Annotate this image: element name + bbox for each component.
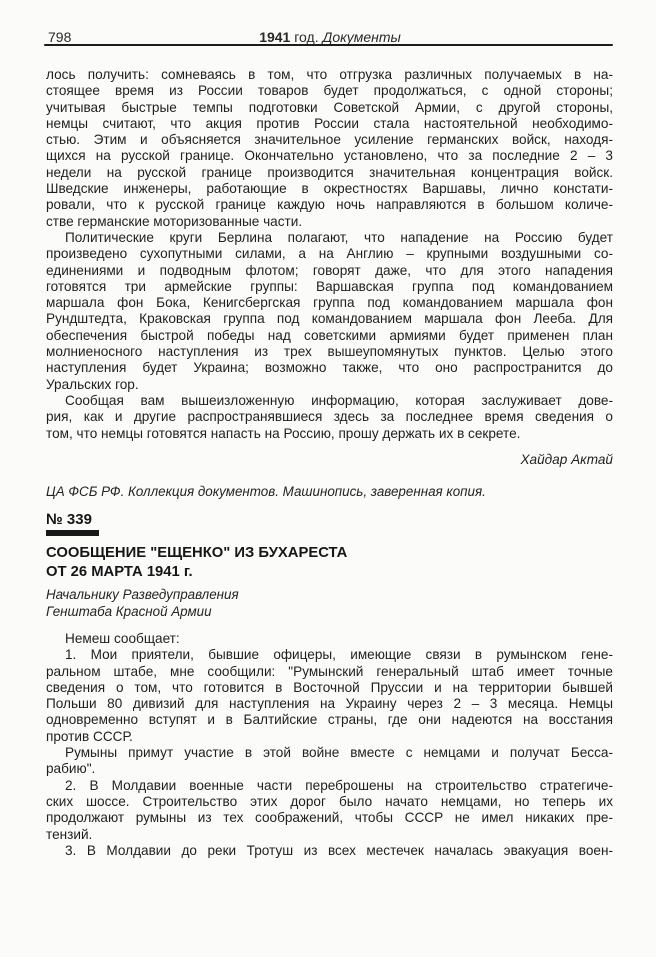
text-line: ральном штабе, мне сообщили: "Румынский … <box>46 664 613 680</box>
text-line: учитывая быстрые темпы подготовки Советс… <box>46 100 613 116</box>
document-title: СООБЩЕНИЕ "ЕЩЕНКО" ИЗ БУХАРЕСТА ОТ 26 МА… <box>46 544 613 581</box>
addressee-line2: Генштаба Красной Армии <box>46 603 613 620</box>
text-line: ровали, что к русской границе каждую ноч… <box>46 197 613 213</box>
text-line: молниеносного наступления из трех вышеуп… <box>46 344 613 360</box>
text-line: стью. Этим и объясняется значительное ус… <box>46 132 613 148</box>
running-head-mid: год. <box>294 29 318 45</box>
text-line: произведено сухопутными силами, а на Анг… <box>46 246 613 262</box>
text-line: 2. В Молдавии военные части переброшены … <box>46 778 613 794</box>
document-number-underline <box>46 530 99 536</box>
document-338-body-text: лось получить: сомневаясь в том, что отг… <box>46 67 613 442</box>
running-head-title: 1941 год. Документы <box>48 29 612 45</box>
text-line: Шведские инженеры, работающие в окрестно… <box>46 181 613 197</box>
addressee-line1: Начальнику Разведуправления <box>46 586 613 603</box>
document-339-body-text: Немеш сообщает:1. Мои приятели, бывшие о… <box>46 631 613 859</box>
header-rule <box>44 44 613 46</box>
document-number: № 339 <box>46 511 92 528</box>
running-head-year: 1941 <box>259 29 290 45</box>
text-line: Политические круги Берлина полагают, что… <box>46 230 613 246</box>
text-line: Румыны примут участие в этой войне вмест… <box>46 745 613 761</box>
text-line: Сообщая вам вышеизложенную информацию, к… <box>46 393 613 409</box>
text-line: лось получить: сомневаясь в том, что отг… <box>46 67 613 83</box>
text-line: Уральских гор. <box>46 377 613 393</box>
text-line: рабию". <box>46 761 613 777</box>
text-line: ских шоссе. Строительство этих дорог был… <box>46 794 613 810</box>
text-line: тензий. <box>46 827 613 843</box>
text-line: Рундштедта, Краковская группа под команд… <box>46 311 613 327</box>
text-line: Немеш сообщает: <box>46 631 613 647</box>
document-page: 798 1941 год. Документы лось получить: с… <box>0 0 656 957</box>
text-line: немцы считают, что акция против России с… <box>46 116 613 132</box>
signature: Хайдар Актай <box>46 452 613 467</box>
document-title-line2: ОТ 26 МАРТА 1941 г. <box>46 563 613 582</box>
text-line: против СССР. <box>46 729 613 745</box>
text-line: стве германские моторизованные части. <box>46 214 613 230</box>
text-line: обеспечения быстрой победы над советским… <box>46 328 613 344</box>
running-head-series: Документы <box>322 29 400 45</box>
text-line: рия, как и другие распространявшиеся зде… <box>46 409 613 425</box>
text-line: Польши 80 дивизий для наступления на Укр… <box>46 696 613 712</box>
text-line: наступления будет Украина; возможно такж… <box>46 360 613 376</box>
text-line: 1. Мои приятели, бывшие офицеры, имеющие… <box>46 647 613 663</box>
document-title-line1: СООБЩЕНИЕ "ЕЩЕНКО" ИЗ БУХАРЕСТА <box>46 544 613 563</box>
text-line: щихся на русской границе. Окончательно у… <box>46 148 613 164</box>
text-line: одновременно вступят и в Балтийские стра… <box>46 712 613 728</box>
text-line: сведения о том, что готовится в Восточно… <box>46 680 613 696</box>
text-line: том, что немцы готовятся напасть на Росс… <box>46 426 613 442</box>
archive-reference: ЦА ФСБ РФ. Коллекция документов. Машиноп… <box>46 484 613 499</box>
text-line: 3. В Молдавии до реки Тротуш из всех мес… <box>46 843 613 859</box>
text-line: продолжают румыны из тех соображений, чт… <box>46 810 613 826</box>
text-line: единениями и подводным флотом; говорят д… <box>46 263 613 279</box>
text-line: недели на русской границе производится з… <box>46 165 613 181</box>
addressee: Начальнику Разведуправления Генштаба Кра… <box>46 586 613 620</box>
text-line: маршала фон Бока, Кенигсбергская группа … <box>46 295 613 311</box>
text-line: стоящее время из России товаров будет пр… <box>46 83 613 99</box>
running-head: 798 1941 год. Документы <box>48 29 612 45</box>
text-line: готовятся три армейские группы: Варшавск… <box>46 279 613 295</box>
